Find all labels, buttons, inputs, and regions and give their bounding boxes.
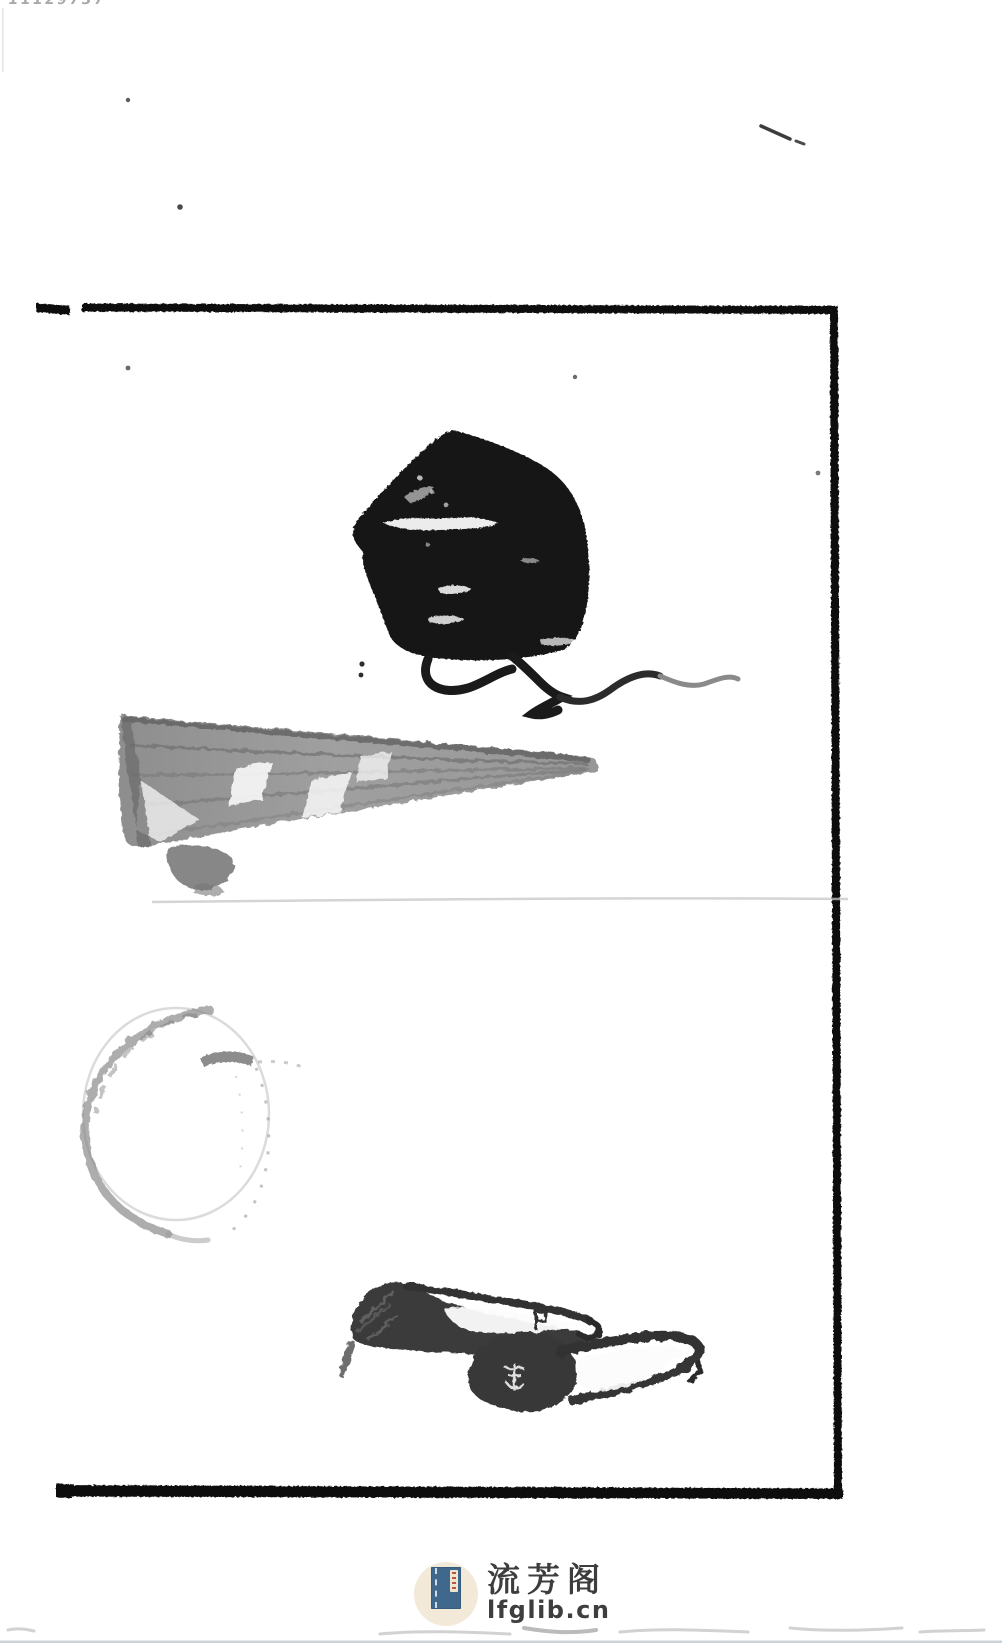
- bottom-smudges: [8, 1628, 984, 1634]
- page-artwork-layer: [0, 0, 1002, 1644]
- shoe-lower-illustration: [468, 1332, 700, 1411]
- watermark-site-domain: lfglib.cn: [487, 1598, 610, 1623]
- scanned-book-page: 11129737: [0, 0, 1002, 1644]
- book-icon: [431, 1567, 461, 1609]
- cap-illustration: [353, 430, 590, 660]
- watermark: 流芳阁 lfglib.cn: [414, 1562, 610, 1626]
- watermark-site-name: 流芳阁: [487, 1563, 610, 1597]
- section-divider: [152, 898, 848, 902]
- scan-number-text: 11129737: [8, 0, 106, 8]
- watermark-text: 流芳阁 lfglib.cn: [487, 1562, 610, 1623]
- book-label-marks: [452, 1572, 456, 1590]
- scan-left-edge: [2, 8, 4, 72]
- scan-bottom-edge: [0, 1641, 1002, 1644]
- cap-ties: [426, 656, 738, 715]
- scan-number: 11129737: [8, 0, 106, 9]
- ball-illustration: [83, 1008, 306, 1241]
- watermark-logo-icon: [414, 1562, 478, 1626]
- book-label-icon: [450, 1570, 458, 1592]
- horn-illustration: [118, 716, 598, 897]
- book-stitch-icon: [435, 1568, 437, 1608]
